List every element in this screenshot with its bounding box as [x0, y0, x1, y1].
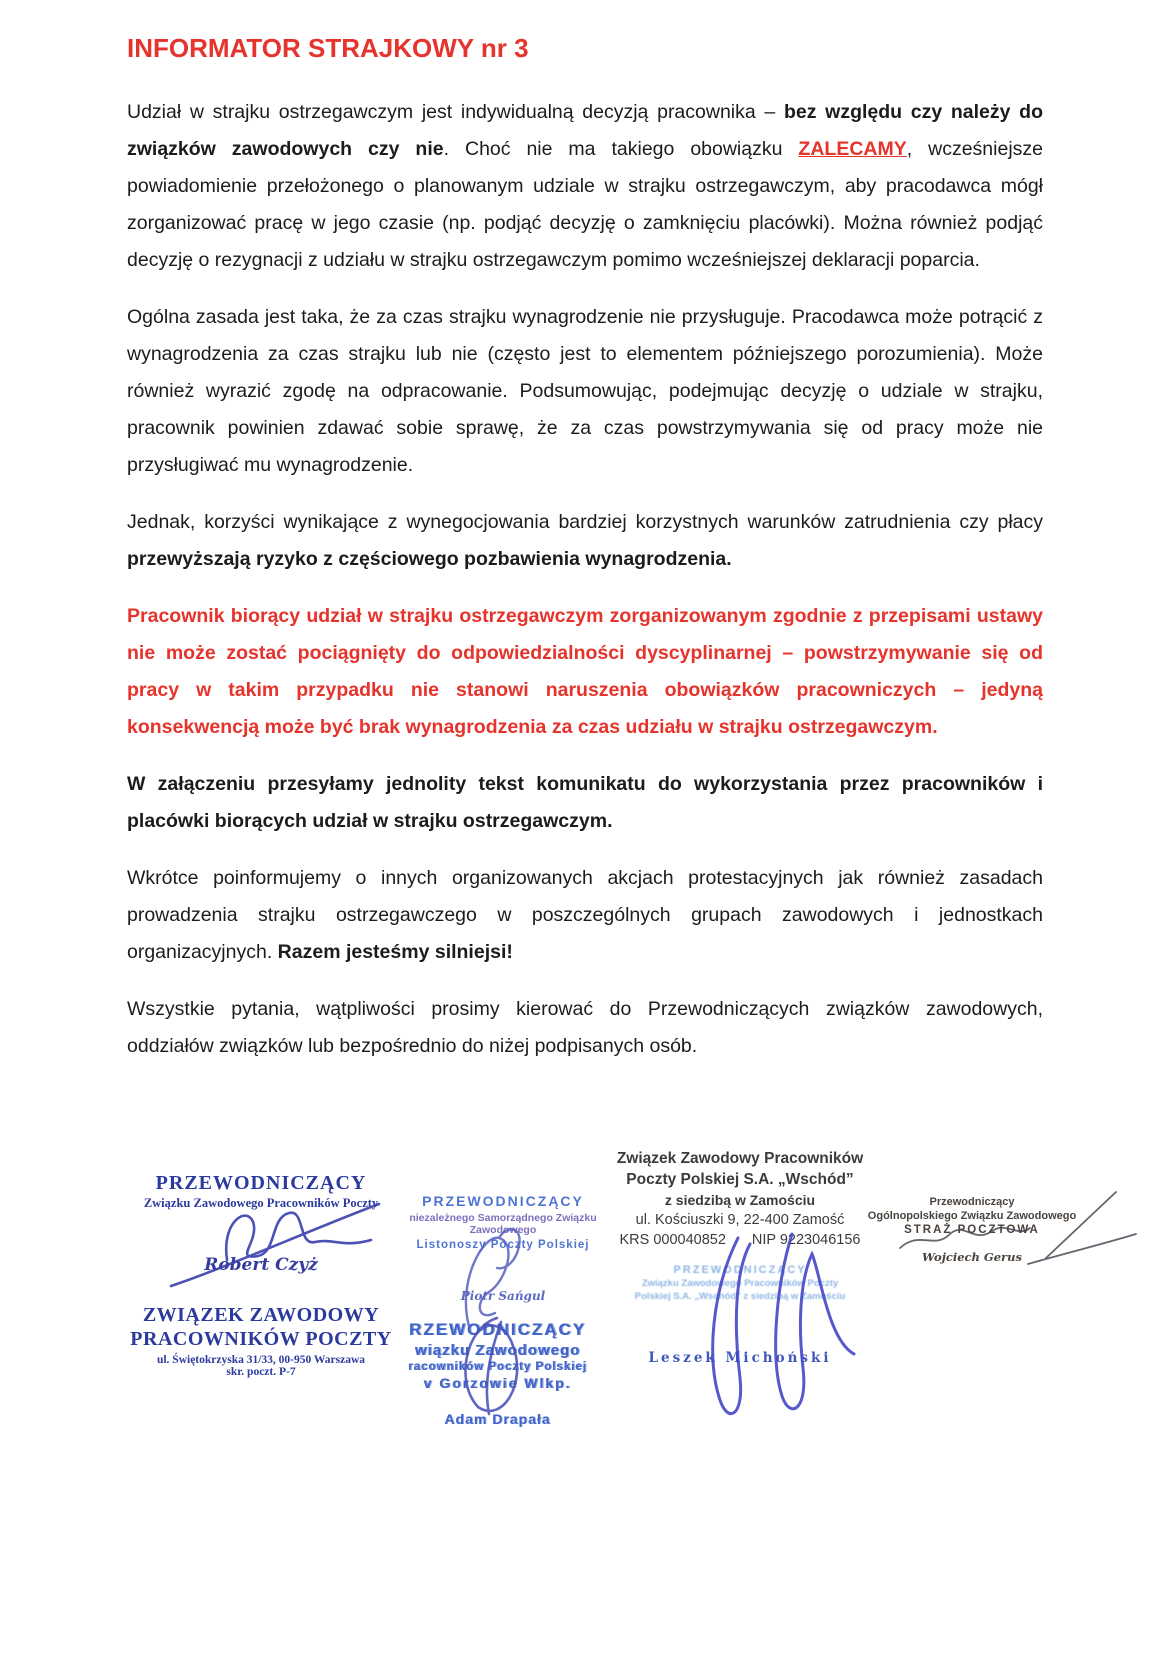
org-address: ul. Świętokrzyska 31/33, 00-950 Warszawa — [130, 1354, 392, 1366]
paragraph: Jednak, korzyści wynikające z wynegocjow… — [127, 504, 1043, 578]
text-run: Wszystkie pytania, wątpliwości prosimy k… — [127, 998, 1043, 1057]
paragraph: Udział w strajku ostrzegawczym jest indy… — [127, 94, 1043, 279]
text-run: ZALECAMY — [798, 138, 906, 160]
stamp-registry-line: KRS 000040852NIP 9223046156 — [598, 1230, 882, 1250]
stamp-address: ul. Kościuszki 9, 22-400 Zamość — [598, 1210, 882, 1230]
stamp-subheader: Związku Zawodowego Pracowników Poczty — [130, 1196, 392, 1211]
page-title: INFORMATOR STRAJKOWY nr 3 — [127, 33, 1043, 64]
text-run: Jednak, korzyści wynikające z wynegocjow… — [127, 511, 1043, 533]
signer-name: Piotr Sańgul — [388, 1289, 618, 1303]
signature-scribble-piotr — [435, 1218, 565, 1333]
stamp-line: Polskiej S.A. „Wschód” z siedzibą w Zamo… — [598, 1291, 882, 1302]
stamp-line: racowników Poczty Polskiej — [385, 1361, 610, 1373]
document-body: Udział w strajku ostrzegawczym jest indy… — [127, 94, 1043, 1065]
text-run: . Choć nie ma takiego obowiązku — [444, 138, 799, 160]
krs-number: KRS 000040852 — [619, 1230, 725, 1250]
text-run: W załączeniu przesyłamy jednolity tekst … — [127, 773, 1043, 832]
stamp-line: z siedzibą w Zamościu — [598, 1190, 882, 1210]
org-name-line1: ZWIĄZEK ZAWODOWY — [130, 1303, 392, 1327]
text-run: Razem jesteśmy silniejsi! — [278, 941, 513, 963]
stamp-gorzow-wlkp: RZEWODNICZĄCY wiązku Zawodowego racownik… — [385, 1320, 610, 1427]
text-run: Wkrótce poinformujemy o innych organizow… — [127, 867, 1043, 963]
signature-scribble-robert-czyz — [165, 1196, 395, 1291]
signer-name: Wojciech Gerus — [862, 1250, 1082, 1264]
signature-scribble-leszek — [640, 1228, 865, 1443]
stamp-line: Związek Zawodowy Pracowników — [598, 1148, 882, 1169]
paragraph: Wkrótce poinformujemy o innych organizow… — [127, 860, 1043, 971]
stamp-straz-pocztowa: Przewodniczący Ogólnopolskiego Związku Z… — [862, 1196, 1082, 1264]
stamp-line: Listonoszy Poczty Polskiej — [388, 1239, 618, 1251]
document-content: INFORMATOR STRAJKOWY nr 3 Udział w straj… — [127, 33, 1043, 1085]
nip-number: NIP 9223046156 — [752, 1230, 861, 1250]
stamp-faded-imprint: PRZEWODNICZĄCY Związku Zawodowego Pracow… — [598, 1264, 882, 1302]
paragraph: Pracownik biorący udział w strajku ostrz… — [127, 598, 1043, 746]
stamp-nszz-listonoszy: PRZEWODNICZĄCY niezależnego Samorządnego… — [388, 1193, 618, 1303]
text-run: przewyższają ryzyko z częściowego pozbaw… — [127, 548, 732, 570]
stamp-line: v Gorzowie Wlkp. — [385, 1375, 610, 1391]
stamp-line: niezależnego Samorządnego Związku Zawodo… — [388, 1212, 618, 1236]
stamp-zzpp-warszawa: PRZEWODNICZĄCY Związku Zawodowego Pracow… — [130, 1172, 392, 1378]
org-pobox: skr. poczt. P-7 — [130, 1366, 392, 1378]
stamp-line: RZEWODNICZĄCY — [385, 1320, 610, 1340]
stamp-header: PRZEWODNICZĄCY — [388, 1193, 618, 1209]
stamp-line: Poczty Polskiej S.A. „Wschód” — [598, 1169, 882, 1190]
stamp-line: wiązku Zawodowego — [385, 1342, 610, 1359]
signer-name: Leszek Michoński — [598, 1350, 882, 1366]
stamp-header: PRZEWODNICZĄCY — [130, 1172, 392, 1195]
document-page: INFORMATOR STRAJKOWY nr 3 Udział w straj… — [0, 0, 1167, 1659]
org-name-line2: PRACOWNIKÓW POCZTY — [130, 1327, 392, 1351]
stamp-line: Ogólnopolskiego Związku Zawodowego — [862, 1210, 1082, 1222]
paragraph: Wszystkie pytania, wątpliwości prosimy k… — [127, 991, 1043, 1065]
signer-name: Robert Czyż — [130, 1255, 392, 1275]
signature-scribble-wojciech — [878, 1186, 1148, 1316]
paragraph: W załączeniu przesyłamy jednolity tekst … — [127, 766, 1043, 840]
text-run: Ogólna zasada jest taka, że za czas stra… — [127, 306, 1043, 476]
signer-name: Adam Drapała — [385, 1411, 610, 1427]
stamp-line: STRAŻ POCZTOWA — [862, 1224, 1082, 1236]
stamp-line: Związku Zawodowego Pracowników Poczty — [598, 1278, 882, 1289]
text-run: Pracownik biorący udział w strajku ostrz… — [127, 605, 1043, 738]
signature-scribble-adam — [433, 1312, 548, 1427]
text-run: Udział w strajku ostrzegawczym jest indy… — [127, 101, 784, 123]
stamp-wschod-zamosc: Związek Zawodowy Pracowników Poczty Pols… — [598, 1148, 882, 1366]
stamp-line: Przewodniczący — [862, 1196, 1082, 1208]
paragraph: Ogólna zasada jest taka, że za czas stra… — [127, 299, 1043, 484]
stamp-line: PRZEWODNICZĄCY — [598, 1264, 882, 1276]
